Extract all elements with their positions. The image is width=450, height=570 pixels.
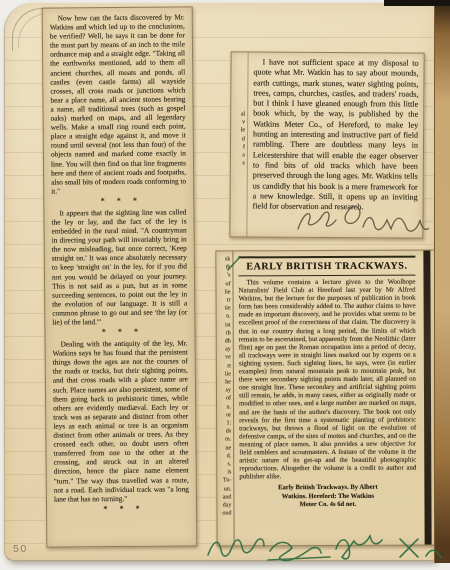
column-rule <box>423 251 431 545</box>
book-page-edge <box>434 0 450 563</box>
scanned-scrapbook-photo: Now how can the facts discovered by Mr. … <box>0 0 450 570</box>
asterisk-separator: * * * <box>52 328 187 338</box>
clipping-paragraph: I have not sufficient space at my dispos… <box>253 57 419 213</box>
clipping-paragraph: It appears that the sighting line was ca… <box>51 207 187 326</box>
clipping-body: This volume contains a lecture given to … <box>238 279 416 482</box>
left-newspaper-clipping: Now how can the facts discovered by Mr. … <box>42 6 198 547</box>
citation-line: Meter Co. 4s 6d net. <box>239 501 416 510</box>
asterisk-separator: * * * <box>51 196 186 206</box>
top-right-newspaper-clipping: al v le d f a s I have not sufficient sp… <box>229 51 424 238</box>
torn-edge-fragments: al v le d f a s <box>230 52 248 236</box>
clipping-paragraph: Now how can the facts discovered by Mr. … <box>50 12 187 195</box>
clipping-headline: EARLY BRITISH TRACKWAYS. <box>238 256 415 277</box>
torn-edge-fragments: sk th 's of lie tr tie n. ist th dh ay v… <box>216 251 234 545</box>
asterisk-separator: * * * <box>54 504 189 514</box>
binding-shadow <box>384 0 450 6</box>
clipping-paragraph: Dealing with the antiquity of the ley, M… <box>53 339 189 504</box>
page-number: 50 <box>13 543 28 555</box>
book-citation: Early British Trackways. By Albert Watki… <box>239 484 416 510</box>
bottom-right-newspaper-clipping: sk th 's of lie tr tie n. ist th dh ay v… <box>215 250 436 547</box>
